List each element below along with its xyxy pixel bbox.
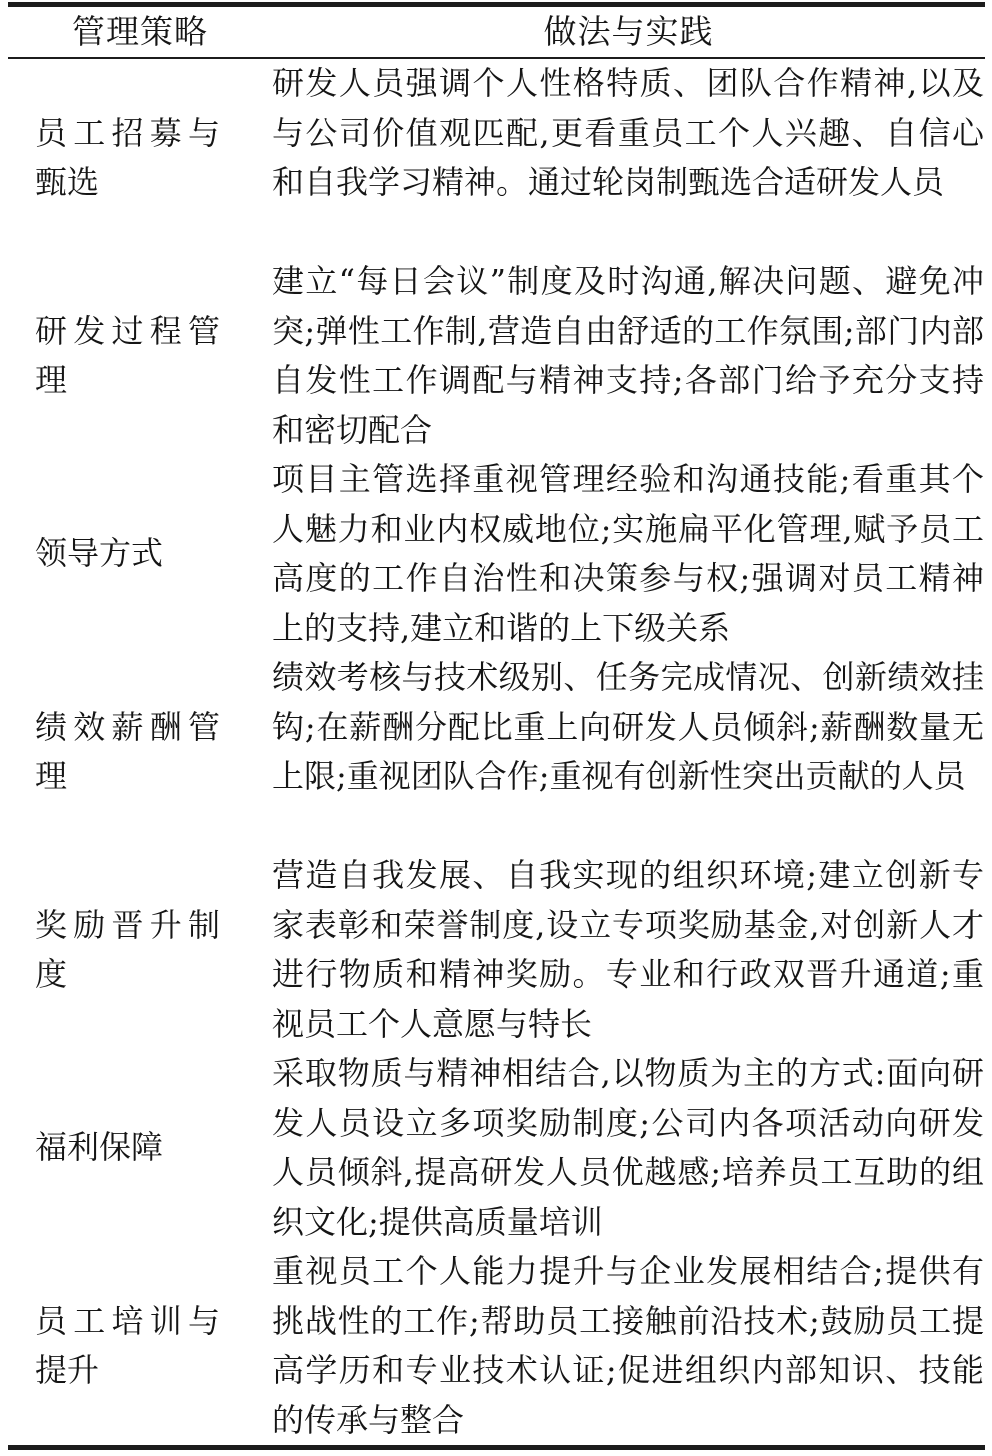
practice-cell: 营造自我发展、自我实现的组织环境;建立创新专家表彰和荣誉制度,设立专项奖励基金,… <box>272 851 985 1049</box>
page: 管理策略 做法与实践 员工招募与甄选 研发人员强调个人性格特质、团队合作精神,以… <box>0 0 992 1456</box>
column-header-strategy: 管理策略 <box>8 9 272 55</box>
strategy-cell: 奖励晋升制度 <box>8 851 272 1049</box>
practice-text: 重视员工个人能力提升与企业发展相结合;提供有挑战性的工作;帮助员工接触前沿技术;… <box>272 1247 984 1445</box>
management-strategy-table: 管理策略 做法与实践 员工招募与甄选 研发人员强调个人性格特质、团队合作精神,以… <box>8 2 985 1450</box>
table-row: 福利保障 采取物质与精神相结合,以物质为主的方式:面向研发人员设立多项奖励制度;… <box>8 1049 985 1247</box>
table-row: 员工培训与提升 重视员工个人能力提升与企业发展相结合;提供有挑战性的工作;帮助员… <box>8 1247 985 1445</box>
practice-text: 绩效考核与技术级别、任务完成情况、创新绩效挂钩;在薪酬分配比重上向研发人员倾斜;… <box>272 653 984 802</box>
practice-cell: 重视员工个人能力提升与企业发展相结合;提供有挑战性的工作;帮助员工接触前沿技术;… <box>272 1247 985 1445</box>
strategy-cell: 员工招募与甄选 <box>8 59 272 257</box>
table-row: 员工招募与甄选 研发人员强调个人性格特质、团队合作精神,以及与公司价值观匹配,更… <box>8 59 985 257</box>
strategy-label: 绩效薪酬管理 <box>35 703 220 802</box>
strategy-cell: 研发过程管理 <box>8 257 272 455</box>
practice-cell: 绩效考核与技术级别、任务完成情况、创新绩效挂钩;在薪酬分配比重上向研发人员倾斜;… <box>272 653 985 851</box>
table-row: 领导方式 项目主管选择重视管理经验和沟通技能;看重其个人魅力和业内权威地位;实施… <box>8 455 985 653</box>
practice-cell: 项目主管选择重视管理经验和沟通技能;看重其个人魅力和业内权威地位;实施扁平化管理… <box>272 455 985 653</box>
strategy-cell: 领导方式 <box>8 455 272 653</box>
strategy-label: 奖励晋升制度 <box>35 901 220 1000</box>
practice-text: 项目主管选择重视管理经验和沟通技能;看重其个人魅力和业内权威地位;实施扁平化管理… <box>272 455 984 653</box>
strategy-cell: 福利保障 <box>8 1049 272 1247</box>
table-row: 研发过程管理 建立“每日会议”制度及时沟通,解决问题、避免冲突;弹性工作制,营造… <box>8 257 985 455</box>
strategy-label: 领导方式 <box>35 529 220 579</box>
practice-cell: 建立“每日会议”制度及时沟通,解决问题、避免冲突;弹性工作制,营造自由舒适的工作… <box>272 257 985 455</box>
strategy-label: 员工招募与甄选 <box>35 109 220 208</box>
table-row: 绩效薪酬管理 绩效考核与技术级别、任务完成情况、创新绩效挂钩;在薪酬分配比重上向… <box>8 653 985 851</box>
practice-cell: 研发人员强调个人性格特质、团队合作精神,以及与公司价值观匹配,更看重员工个人兴趣… <box>272 59 985 257</box>
strategy-label: 员工培训与提升 <box>35 1297 220 1396</box>
practice-cell: 采取物质与精神相结合,以物质为主的方式:面向研发人员设立多项奖励制度;公司内各项… <box>272 1049 985 1247</box>
header-row: 管理策略 做法与实践 <box>8 7 985 57</box>
strategy-cell: 员工培训与提升 <box>8 1247 272 1445</box>
table-bottom-rule <box>8 1445 985 1450</box>
practice-text: 采取物质与精神相结合,以物质为主的方式:面向研发人员设立多项奖励制度;公司内各项… <box>272 1049 984 1247</box>
column-header-practice: 做法与实践 <box>272 9 985 55</box>
strategy-label: 福利保障 <box>35 1123 220 1173</box>
strategy-cell: 绩效薪酬管理 <box>8 653 272 851</box>
practice-text: 建立“每日会议”制度及时沟通,解决问题、避免冲突;弹性工作制,营造自由舒适的工作… <box>272 257 984 455</box>
strategy-label: 研发过程管理 <box>35 307 220 406</box>
practice-text: 研发人员强调个人性格特质、团队合作精神,以及与公司价值观匹配,更看重员工个人兴趣… <box>272 59 984 208</box>
table-row: 奖励晋升制度 营造自我发展、自我实现的组织环境;建立创新专家表彰和荣誉制度,设立… <box>8 851 985 1049</box>
practice-text: 营造自我发展、自我实现的组织环境;建立创新专家表彰和荣誉制度,设立专项奖励基金,… <box>272 851 984 1049</box>
